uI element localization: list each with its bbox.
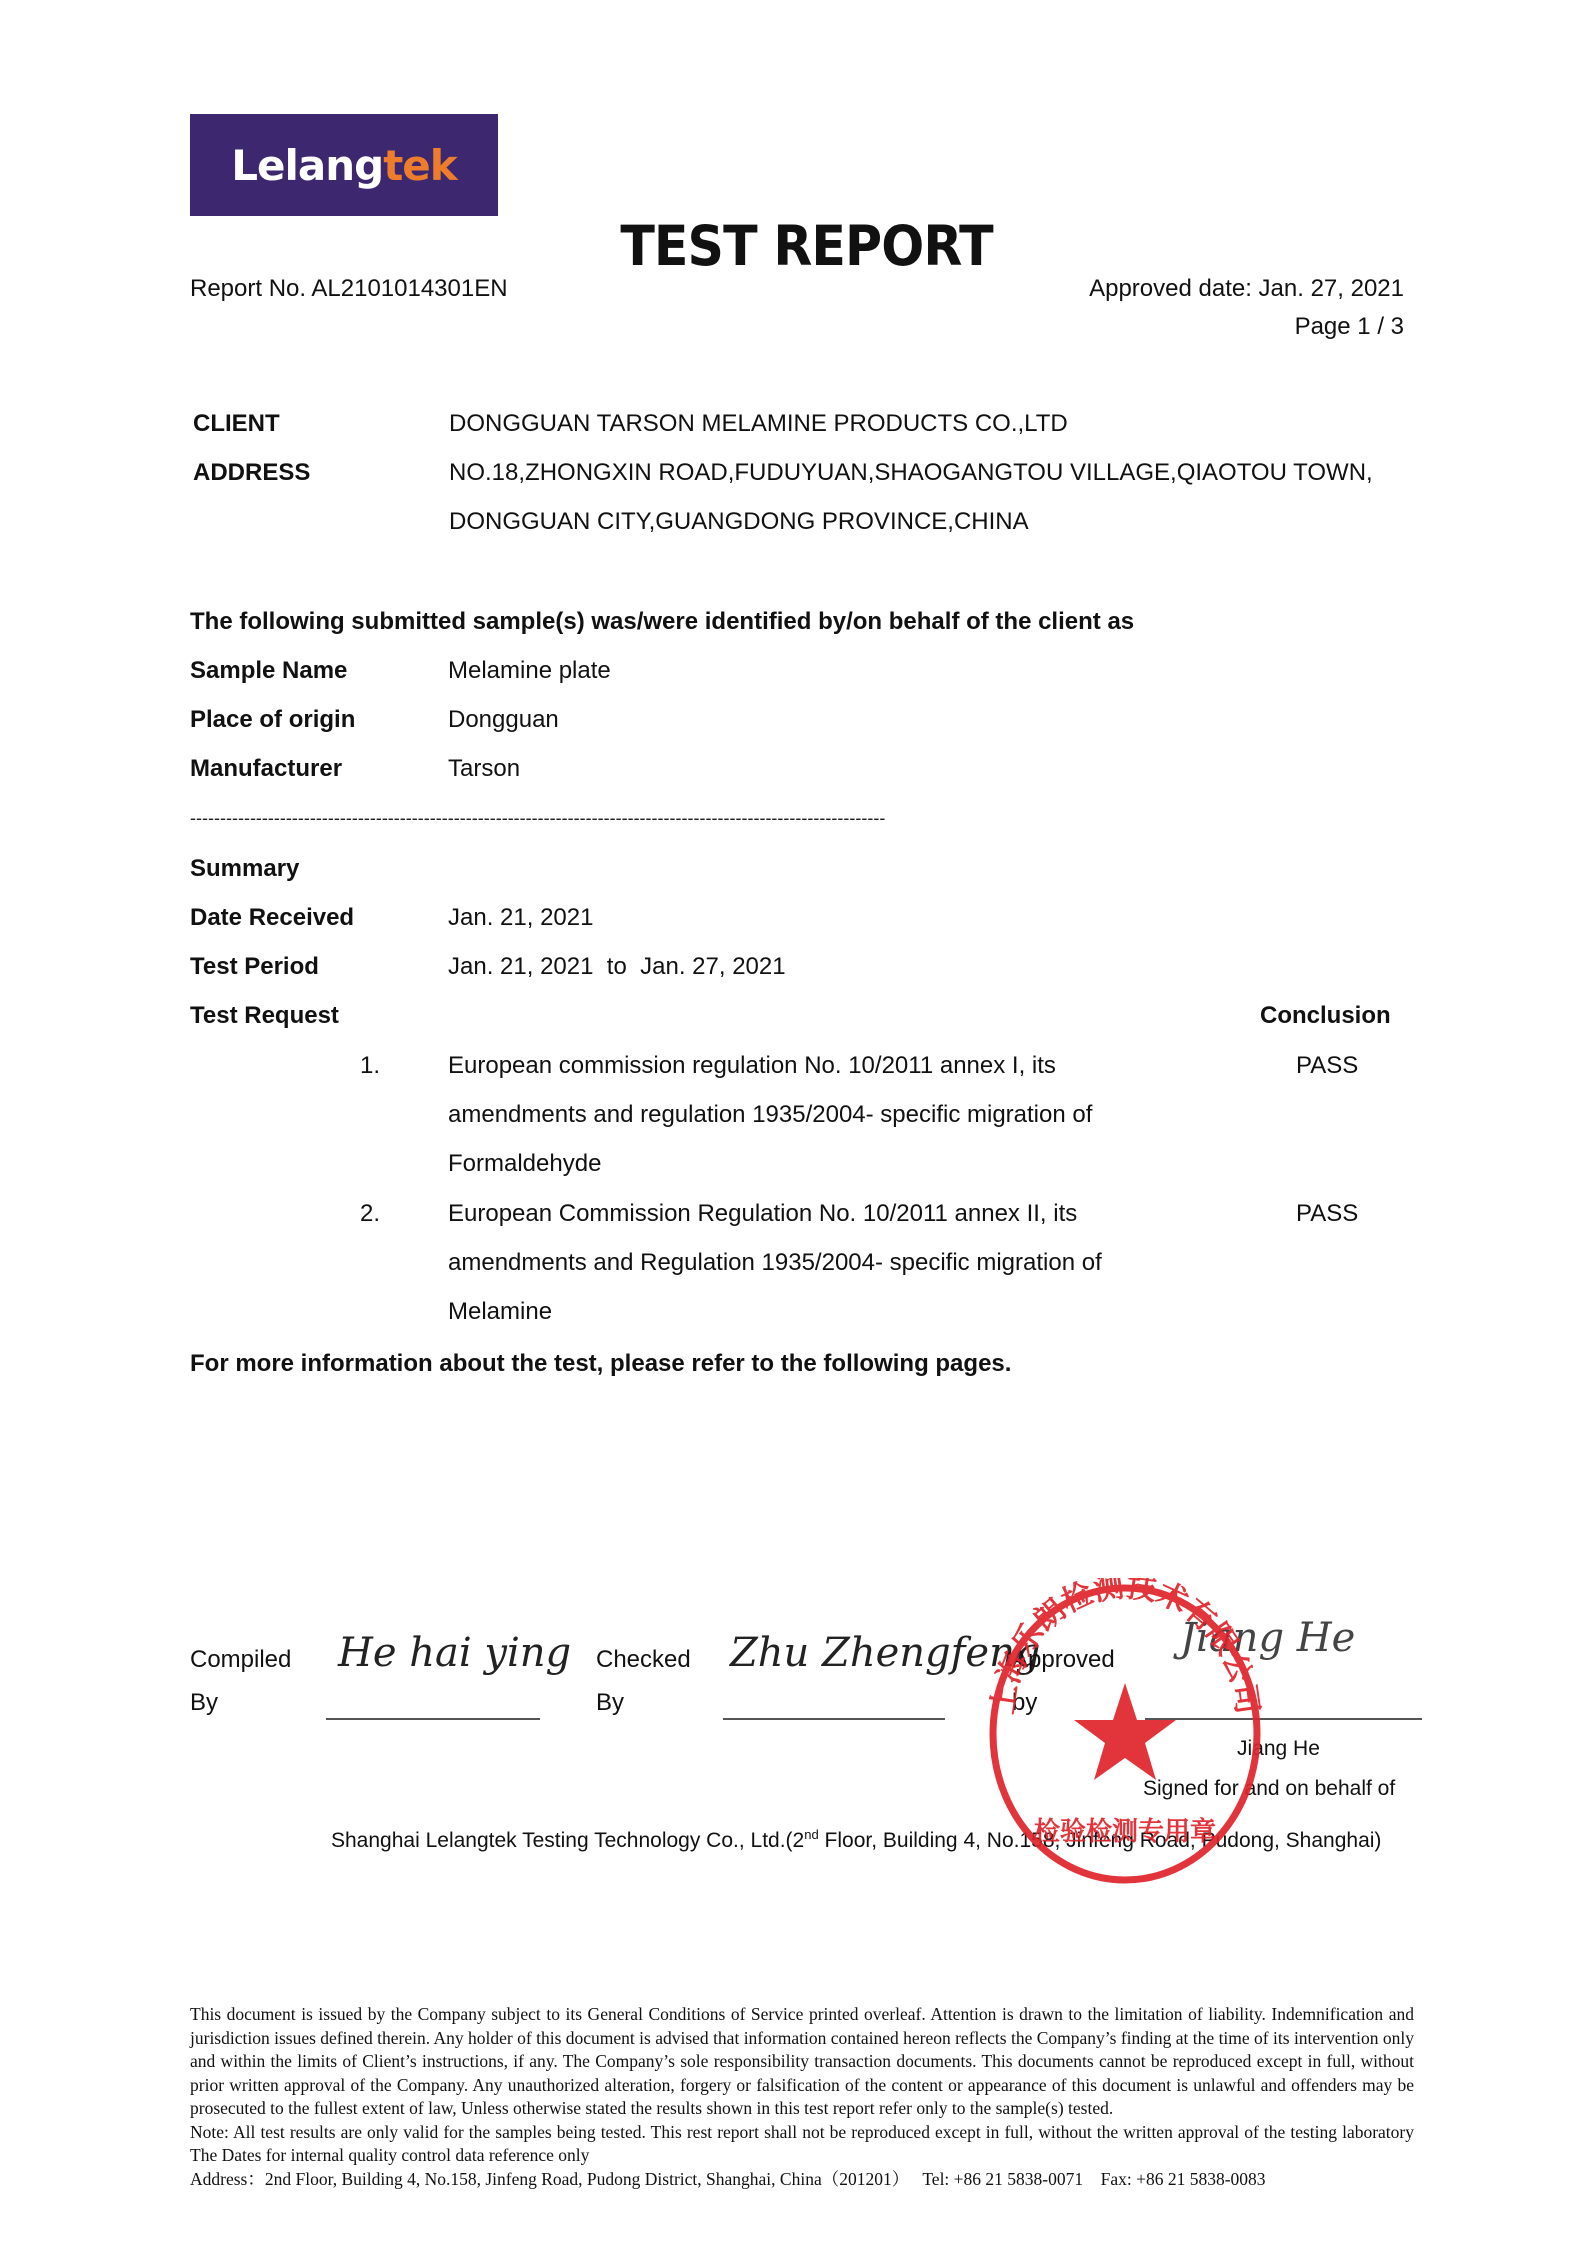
request-text-line: Formaldehyde bbox=[448, 1150, 601, 1178]
official-seal-stamp: 上海乐朗检测技术有限公司 检验检测专用章 bbox=[985, 1578, 1265, 1890]
date-received-value: Jan. 21, 2021 bbox=[448, 904, 593, 932]
divider: ----------------------------------------… bbox=[190, 808, 1122, 829]
place-of-origin-value: Dongguan bbox=[448, 706, 559, 734]
approved-date: Approved date: Jan. 27, 2021 bbox=[1089, 275, 1404, 303]
star-icon bbox=[1074, 1683, 1176, 1780]
conclusion-value: PASS bbox=[1296, 1200, 1358, 1228]
test-request-label: Test Request bbox=[190, 1002, 339, 1030]
request-text-line: Melamine bbox=[448, 1298, 552, 1326]
client-value: DONGGUAN TARSON MELAMINE PRODUCTS CO.,LT… bbox=[449, 410, 1068, 438]
test-period-value: Jan. 21, 2021 to Jan. 27, 2021 bbox=[448, 953, 786, 981]
request-text-line: European Commission Regulation No. 10/20… bbox=[448, 1200, 1077, 1228]
request-text-line: European commission regulation No. 10/20… bbox=[448, 1052, 1056, 1080]
request-text-line: amendments and Regulation 1935/2004- spe… bbox=[448, 1249, 1102, 1277]
summary-heading: Summary bbox=[190, 855, 299, 883]
sample-name-label: Sample Name bbox=[190, 657, 347, 685]
lab-address-contact: Address：2nd Floor, Building 4, No.158, J… bbox=[190, 2168, 1414, 2192]
request-number: 2. bbox=[360, 1200, 380, 1228]
conclusion-value: PASS bbox=[1296, 1052, 1358, 1080]
compiled-by-label: Compiled bbox=[190, 1646, 291, 1674]
compiled-signature: He hai ying bbox=[338, 1630, 571, 1676]
compiled-signature-line bbox=[326, 1718, 540, 1720]
conclusion-label: Conclusion bbox=[1260, 1002, 1391, 1030]
svg-text:检验检测专用章: 检验检测专用章 bbox=[1034, 1816, 1216, 1847]
disclaimer-paragraph: This document is issued by the Company s… bbox=[190, 2003, 1414, 2121]
disclaimer-note: Note: All test results are only valid fo… bbox=[190, 2121, 1414, 2168]
manufacturer-label: Manufacturer bbox=[190, 755, 342, 783]
logo-text-white: Lelang bbox=[231, 141, 383, 190]
page-number: Page 1 / 3 bbox=[1295, 313, 1404, 341]
compiled-by-label-2: By bbox=[190, 1689, 218, 1717]
sample-intro: The following submitted sample(s) was/we… bbox=[190, 608, 1134, 636]
sample-name-value: Melamine plate bbox=[448, 657, 611, 685]
address-line-2: DONGGUAN CITY,GUANGDONG PROVINCE,CHINA bbox=[449, 508, 1029, 536]
address-line-1: NO.18,ZHONGXIN ROAD,FUDUYUAN,SHAOGANGTOU… bbox=[449, 459, 1373, 487]
logo-text-orange: tek bbox=[383, 141, 457, 190]
checked-by-label-2: By bbox=[596, 1689, 624, 1717]
request-number: 1. bbox=[360, 1052, 380, 1080]
checked-signature-line bbox=[723, 1718, 945, 1720]
company-logo: Lelangtek bbox=[190, 114, 498, 216]
manufacturer-value: Tarson bbox=[448, 755, 520, 783]
date-received-label: Date Received bbox=[190, 904, 354, 932]
test-period-label: Test Period bbox=[190, 953, 319, 981]
more-info-note: For more information about the test, ple… bbox=[190, 1350, 1011, 1378]
page-title: TEST REPORT bbox=[65, 214, 1549, 278]
disclaimer: This document is issued by the Company s… bbox=[190, 2003, 1414, 2191]
checked-by-label: Checked bbox=[596, 1646, 691, 1674]
address-label: ADDRESS bbox=[193, 459, 310, 487]
client-label: CLIENT bbox=[193, 410, 280, 438]
place-of-origin-label: Place of origin bbox=[190, 706, 355, 734]
report-number: Report No. AL2101014301EN bbox=[190, 275, 508, 303]
request-text-line: amendments and regulation 1935/2004- spe… bbox=[448, 1101, 1092, 1129]
